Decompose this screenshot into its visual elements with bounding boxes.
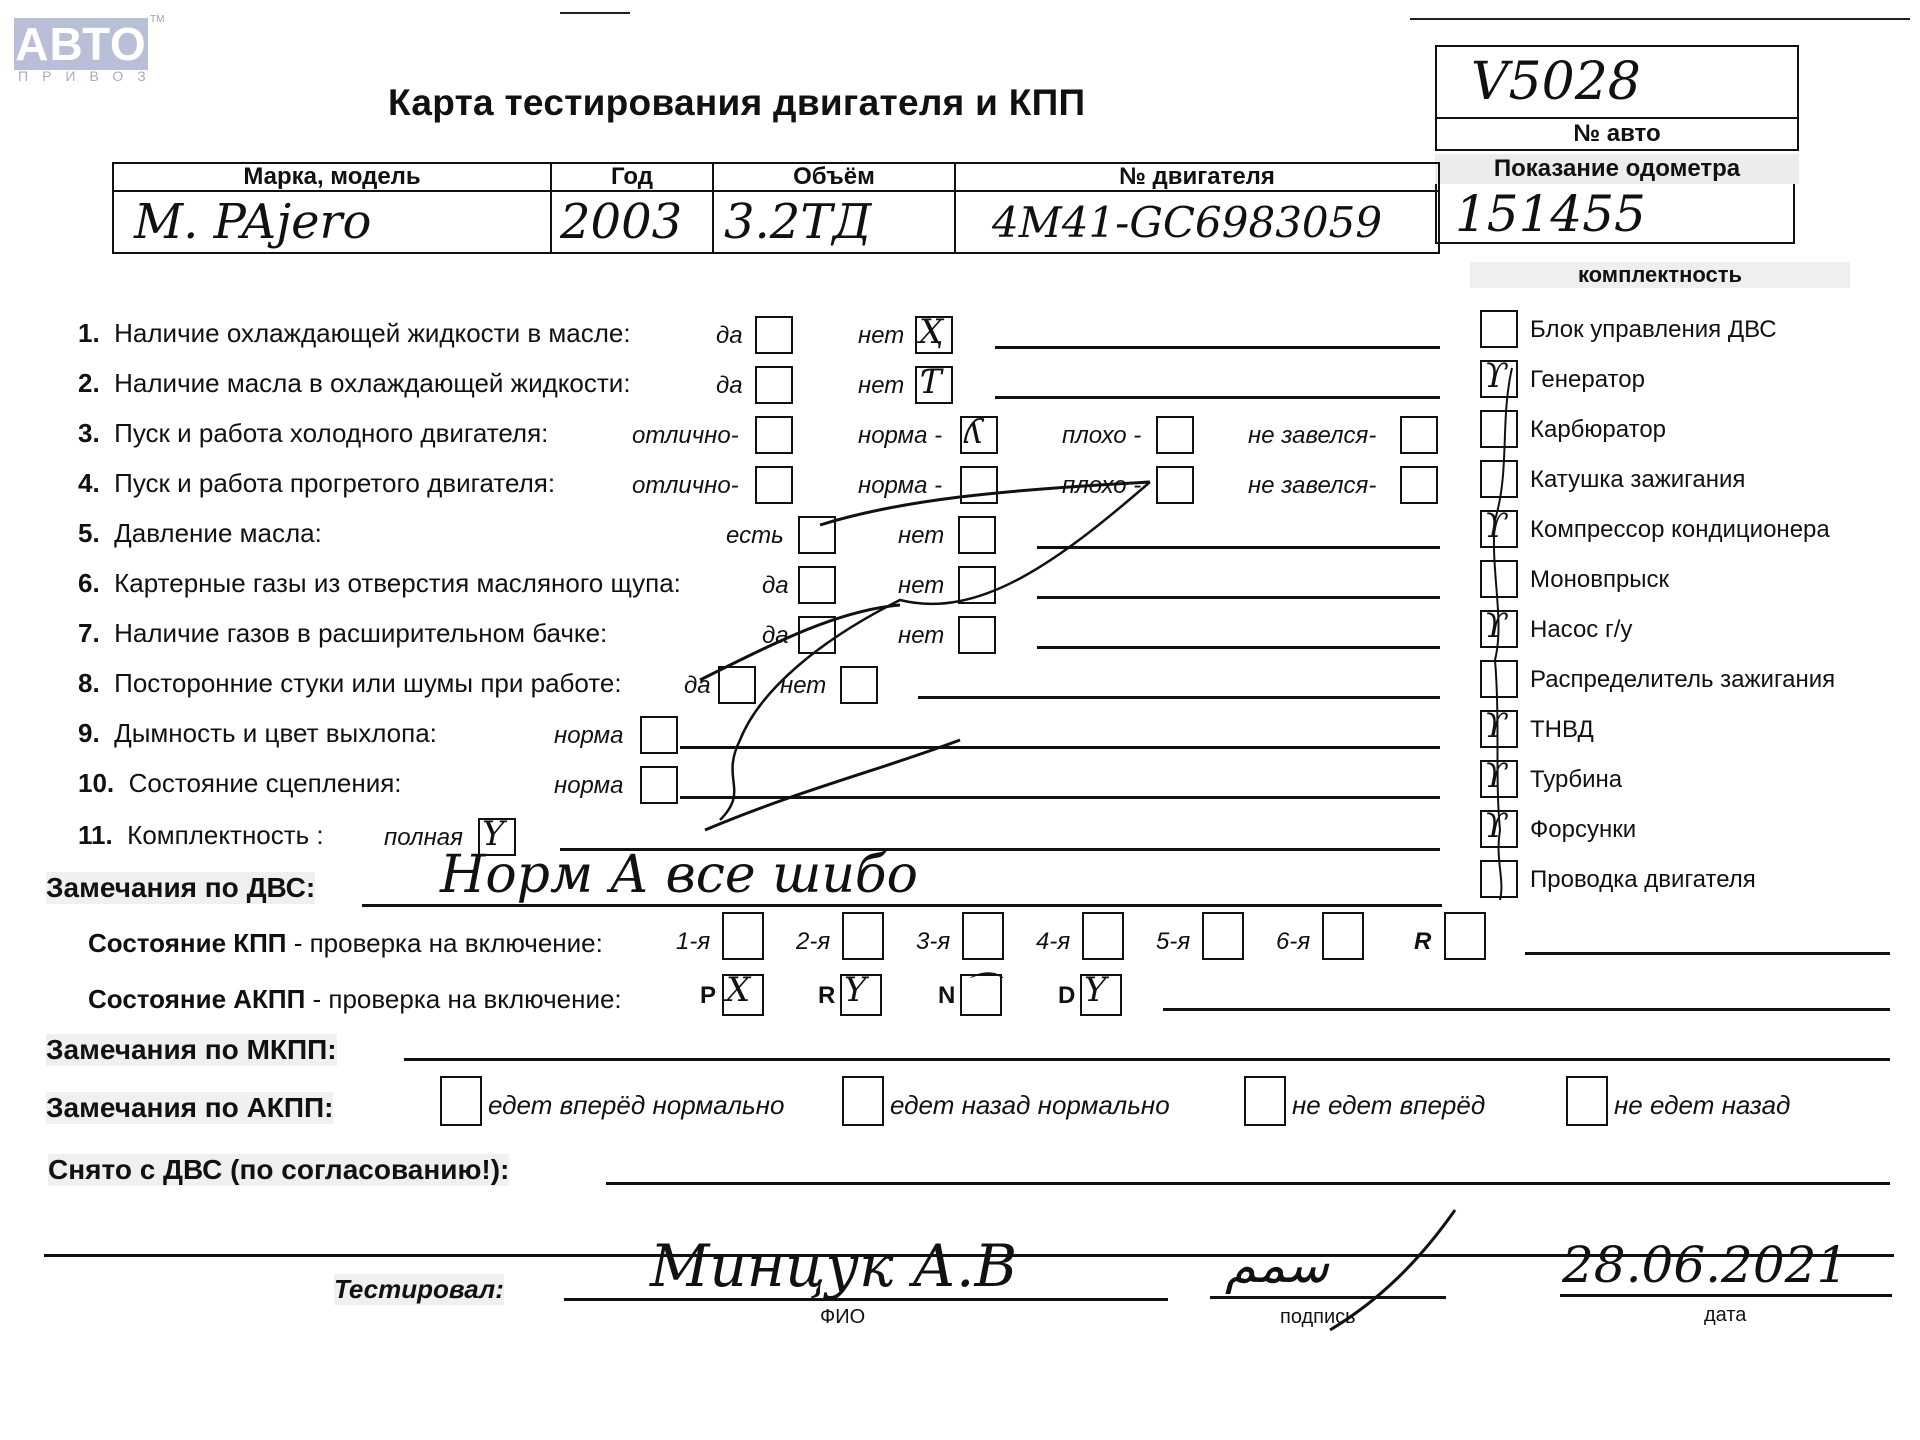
- manual-remarks-line[interactable]: [404, 1058, 1890, 1061]
- manual-gearbox-label: Состояние КПП - проверка на включение:: [88, 928, 603, 959]
- gear-checkbox[interactable]: [1322, 912, 1364, 960]
- gear-checkbox[interactable]: Y: [1080, 974, 1122, 1016]
- gear-checkbox[interactable]: ⌒: [960, 974, 1002, 1016]
- year-value[interactable]: 2003: [551, 191, 713, 253]
- date-line: [1560, 1294, 1892, 1297]
- auto-remarks-label: Замечания по АКПП:: [46, 1092, 333, 1124]
- option-label: плохо -: [1062, 422, 1141, 450]
- checkbox[interactable]: ϒ: [1480, 510, 1518, 548]
- row-number: 1.: [78, 318, 100, 348]
- gear-checkbox[interactable]: [1082, 912, 1124, 960]
- checklist-row: 4. Пуск и работа прогретого двигателя:: [78, 468, 555, 508]
- check-mark-icon: ϒ: [1484, 706, 1507, 746]
- checkbox[interactable]: [755, 316, 793, 354]
- completeness-item-label: ТНВД: [1530, 716, 1594, 744]
- scan-line: [560, 12, 630, 14]
- gear-checkbox[interactable]: X: [722, 974, 764, 1016]
- manual-remarks-label: Замечания по МКПП:: [46, 1034, 337, 1066]
- checkbox[interactable]: [1480, 560, 1518, 598]
- gear-checkbox[interactable]: [962, 912, 1004, 960]
- gear-checkbox[interactable]: [722, 912, 764, 960]
- engine-remarks-value[interactable]: Норм А все шибо: [440, 845, 918, 905]
- row-number: 2.: [78, 368, 100, 398]
- option-label: нет: [780, 672, 826, 700]
- option-label: да: [762, 572, 789, 600]
- row-number: 7.: [78, 618, 100, 648]
- auto-gearbox-label: Состояние АКПП - проверка на включение:: [88, 984, 622, 1015]
- scan-line: [1410, 18, 1910, 20]
- date-caption: дата: [1704, 1304, 1746, 1327]
- auto-remark-checkbox[interactable]: [1566, 1076, 1608, 1126]
- gear-label: R: [818, 982, 835, 1010]
- notes-line[interactable]: [1037, 596, 1440, 599]
- make-model-value[interactable]: M. PAjero: [113, 191, 551, 253]
- page-title: Карта тестирования двигателя и КПП: [388, 82, 1085, 124]
- auto-remark-label: едет вперёд нормально: [488, 1090, 784, 1121]
- checkbox[interactable]: [840, 666, 878, 704]
- row-label: Пуск и работа холодного двигателя:: [114, 418, 548, 448]
- option-label: отлично-: [632, 422, 739, 450]
- checkbox[interactable]: Ҳ: [915, 316, 953, 354]
- option-label: норма: [554, 722, 623, 750]
- auto-remark-label: не едет вперёд: [1292, 1090, 1485, 1121]
- name-caption: ФИО: [820, 1306, 865, 1329]
- vehicle-table: Марка, модель Год Объём № двигателя M. P…: [112, 162, 1440, 254]
- option-label: норма -: [858, 472, 942, 500]
- checkbox[interactable]: [640, 766, 678, 804]
- odometer-label: Показание одометра: [1435, 154, 1799, 184]
- check-mark-icon: ϒ: [1484, 756, 1507, 796]
- tested-by-label: Тестировал:: [334, 1274, 504, 1305]
- checkbox[interactable]: Ƭ: [915, 366, 953, 404]
- check-mark-icon: X: [726, 970, 750, 1010]
- header-make-model: Марка, модель: [113, 163, 551, 191]
- check-mark-icon: ϒ: [1484, 356, 1507, 396]
- option-label: плохо -: [1062, 472, 1141, 500]
- checklist-row: 6. Картерные газы из отверстия масляного…: [78, 568, 681, 608]
- checkbox[interactable]: [755, 466, 793, 504]
- manual-gearbox-line: [1525, 952, 1890, 955]
- auto-remark-checkbox[interactable]: [1244, 1076, 1286, 1126]
- checkbox[interactable]: ϒ: [1480, 810, 1518, 848]
- gear-label: 1-я: [676, 928, 710, 956]
- check-mark-icon: Y: [844, 970, 866, 1010]
- gear-label: D: [1058, 982, 1075, 1010]
- row-label: Пуск и работа прогретого двигателя:: [114, 468, 555, 498]
- checkbox[interactable]: [798, 566, 836, 604]
- gear-checkbox[interactable]: [842, 912, 884, 960]
- engine-number-value[interactable]: 4M41-GC6983059: [955, 191, 1439, 253]
- auto-gearbox-line: [1163, 1008, 1890, 1011]
- checkbox[interactable]: [958, 616, 996, 654]
- checkbox[interactable]: ʎ: [960, 416, 998, 454]
- check-mark-icon: ⌒: [964, 970, 998, 1010]
- row-label: Дымность и цвет выхлопа:: [114, 718, 437, 748]
- row-label: Состояние сцепления:: [129, 768, 402, 798]
- auto-number-box: V5028 № авто: [1435, 45, 1799, 151]
- row-number: 8.: [78, 668, 100, 698]
- auto-remark-checkbox[interactable]: [842, 1076, 884, 1126]
- check-mark-icon: ʎ: [964, 412, 983, 452]
- notes-line[interactable]: [1037, 546, 1440, 549]
- check-mark-icon: ϒ: [1484, 506, 1507, 546]
- gear-label: R: [1414, 928, 1431, 956]
- option-label: нет: [858, 372, 904, 400]
- option-label: да: [762, 622, 789, 650]
- checkbox[interactable]: [798, 616, 836, 654]
- row-number: 5.: [78, 518, 100, 548]
- auto-remark-checkbox[interactable]: [440, 1076, 482, 1126]
- checkbox[interactable]: [798, 516, 836, 554]
- checkbox[interactable]: [1156, 416, 1194, 454]
- checkbox[interactable]: ϒ: [1480, 360, 1518, 398]
- checkbox[interactable]: [718, 666, 756, 704]
- checkbox[interactable]: [958, 566, 996, 604]
- gear-label: 4-я: [1036, 928, 1070, 956]
- notes-line[interactable]: [1037, 646, 1440, 649]
- auto-number-label: № авто: [1437, 119, 1797, 149]
- option-label: норма: [554, 772, 623, 800]
- completeness-item-label: Блок управления ДВС: [1530, 316, 1777, 344]
- checkbox[interactable]: [1400, 466, 1438, 504]
- checklist-row: 11. Комплектность :: [78, 820, 324, 860]
- checkbox[interactable]: [1480, 660, 1518, 698]
- header-volume: Объём: [713, 163, 955, 191]
- row-number: 6.: [78, 568, 100, 598]
- completeness-item-label: Турбина: [1530, 766, 1622, 794]
- option-label: да: [684, 672, 711, 700]
- notes-line[interactable]: [680, 746, 1440, 749]
- engine-remarks-label: Замечания по ДВС:: [46, 872, 315, 904]
- checkbox[interactable]: [1156, 466, 1194, 504]
- gear-checkbox[interactable]: [1444, 912, 1486, 960]
- notes-line[interactable]: [995, 346, 1440, 349]
- option-label: норма -: [858, 422, 942, 450]
- notes-line[interactable]: [680, 796, 1440, 799]
- auto-remark-label: не едет назад: [1614, 1090, 1790, 1121]
- check-mark-icon: ϒ: [1484, 806, 1507, 846]
- completeness-item-label: Моновпрыск: [1530, 566, 1669, 594]
- checkbox[interactable]: [755, 416, 793, 454]
- row-number: 10.: [78, 768, 114, 798]
- logo-trademark: TM: [150, 14, 164, 25]
- row-label: Посторонние стуки или шумы при работе:: [114, 668, 621, 698]
- completeness-item-label: Катушка зажигания: [1530, 466, 1745, 494]
- row-number: 11.: [78, 820, 113, 850]
- checkbox[interactable]: [640, 716, 678, 754]
- option-label: отлично-: [632, 472, 739, 500]
- gear-label: 6-я: [1276, 928, 1310, 956]
- checkbox[interactable]: [1480, 310, 1518, 348]
- auto-remark-label: едет назад нормально: [890, 1090, 1170, 1121]
- row-label: Картерные газы из отверстия масляного щу…: [114, 568, 681, 598]
- removed-label: Снято с ДВС (по согласованию!):: [48, 1154, 509, 1186]
- row-number: 4.: [78, 468, 100, 498]
- option-label: не завелся-: [1248, 472, 1376, 500]
- row-label: Наличие масла в охлаждающей жидкости:: [114, 368, 630, 398]
- removed-line[interactable]: [606, 1182, 1890, 1185]
- notes-line[interactable]: [995, 396, 1440, 399]
- option-label: нет: [898, 572, 944, 600]
- gear-checkbox[interactable]: Y: [840, 974, 882, 1016]
- checklist-row: 2. Наличие масла в охлаждающей жидкости:: [78, 368, 631, 408]
- completeness-item-label: Распределитель зажигания: [1530, 666, 1835, 694]
- row-number: 9.: [78, 718, 100, 748]
- checkbox[interactable]: ϒ: [1480, 710, 1518, 748]
- signature-caption: подпись: [1280, 1306, 1356, 1329]
- completeness-item-label: Форсунки: [1530, 816, 1636, 844]
- checklist-row: 5. Давление масла:: [78, 518, 322, 558]
- checkbox[interactable]: [958, 516, 996, 554]
- gear-checkbox[interactable]: [1202, 912, 1244, 960]
- checklist-row: 10. Состояние сцепления:: [78, 768, 402, 808]
- gear-label: 3-я: [916, 928, 950, 956]
- option-label: да: [716, 372, 743, 400]
- completeness-item-label: Карбюратор: [1530, 416, 1666, 444]
- row-label: Давление масла:: [114, 518, 322, 548]
- checklist-row: 1. Наличие охлаждающей жидкости в масле:: [78, 318, 631, 358]
- checkbox[interactable]: [1400, 416, 1438, 454]
- checkbox[interactable]: ϒ: [1480, 760, 1518, 798]
- checkbox[interactable]: [755, 366, 793, 404]
- option-label: нет: [898, 622, 944, 650]
- completeness-item-label: Генератор: [1530, 366, 1645, 394]
- option-label: не завелся-: [1248, 422, 1376, 450]
- row-label: Наличие охлаждающей жидкости в масле:: [114, 318, 630, 348]
- checkbox[interactable]: [1480, 860, 1518, 898]
- odometer-value[interactable]: 151455: [1435, 184, 1795, 244]
- gear-label: 5-я: [1156, 928, 1190, 956]
- tester-name[interactable]: Минцук А.В: [650, 1232, 1017, 1300]
- check-mark-icon: Ƭ: [919, 362, 942, 402]
- checklist-row: 3. Пуск и работа холодного двигателя:: [78, 418, 548, 458]
- row-label: Наличие газов в расширительном бачке:: [114, 618, 607, 648]
- option-label: да: [716, 322, 743, 350]
- check-mark-icon: Y: [1084, 970, 1106, 1010]
- check-mark-icon: Ҳ: [919, 312, 943, 352]
- header-engine-number: № двигателя: [955, 163, 1439, 191]
- checkbox[interactable]: ϒ: [1480, 610, 1518, 648]
- row-label: Комплектность :: [127, 820, 324, 850]
- notes-line[interactable]: [918, 696, 1440, 699]
- checkbox[interactable]: [960, 466, 998, 504]
- volume-value[interactable]: 3.2TД: [713, 191, 955, 253]
- checklist-row: 9. Дымность и цвет выхлопа:: [78, 718, 437, 758]
- checklist-row: 7. Наличие газов в расширительном бачке:: [78, 618, 607, 658]
- completeness-item-label: Проводка двигателя: [1530, 866, 1756, 894]
- check-mark-icon: ϒ: [1484, 606, 1507, 646]
- completeness-item-label: Компрессор кондиционера: [1530, 516, 1830, 544]
- option-label: нет: [858, 322, 904, 350]
- auto-number-value[interactable]: V5028: [1437, 47, 1797, 119]
- checkbox[interactable]: [1480, 460, 1518, 498]
- option-label: нет: [898, 522, 944, 550]
- test-date[interactable]: 28.06.2021: [1562, 1236, 1848, 1294]
- gear-label: N: [938, 982, 955, 1010]
- row-number: 3.: [78, 418, 100, 448]
- header-year: Год: [551, 163, 713, 191]
- checklist-row: 8. Посторонние стуки или шумы при работе…: [78, 668, 622, 708]
- logo-subtitle: ПРИВОЗ: [18, 68, 160, 84]
- checkbox[interactable]: [1480, 410, 1518, 448]
- logo: АВТО: [14, 18, 148, 70]
- completeness-title: комплектность: [1470, 262, 1850, 288]
- gear-label: 2-я: [796, 928, 830, 956]
- tester-signature[interactable]: ﺳﻤﻢ: [1225, 1236, 1329, 1294]
- completeness-item-label: Насос г/у: [1530, 616, 1632, 644]
- signature-line: [1210, 1296, 1446, 1299]
- gear-label: P: [700, 982, 716, 1010]
- option-label: есть: [726, 522, 784, 550]
